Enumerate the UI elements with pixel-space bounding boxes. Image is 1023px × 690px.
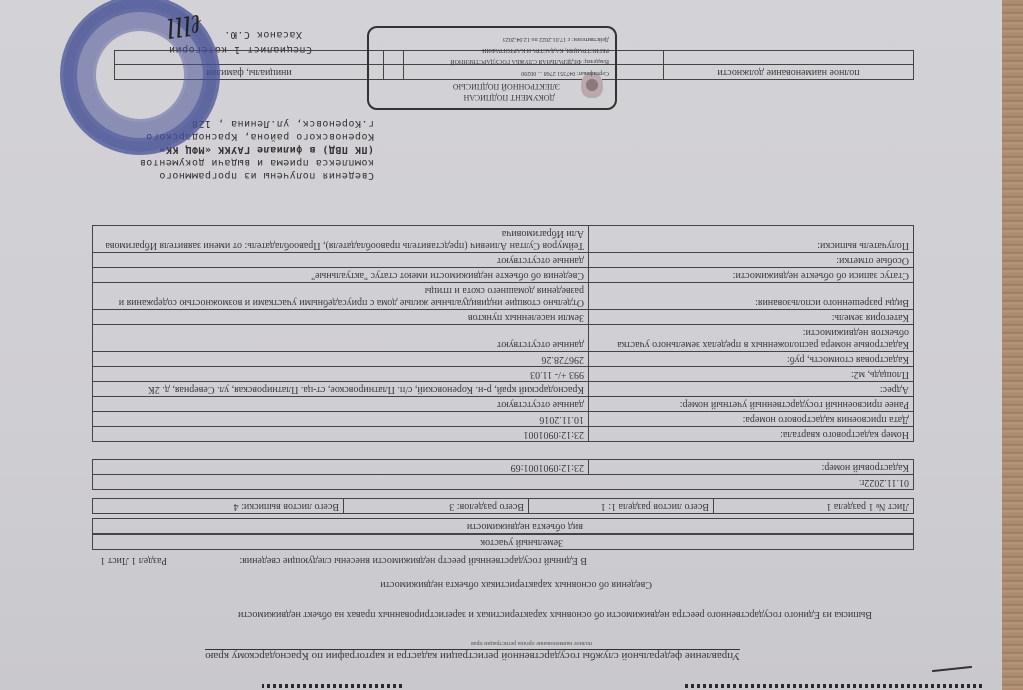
section-sheet-label: Раздел 1 Лист 1 [100, 555, 167, 566]
row-label: Статус записи об объекте недвижимости: [589, 268, 914, 283]
position-caption: полное наименование должности [664, 65, 914, 80]
extract-date: 01.11.2022г. [93, 475, 914, 490]
row-value: 23:12:0901001 [93, 427, 589, 442]
table-row: Дата присвоения кадастрового номера:10.1… [93, 412, 914, 427]
sheet-number: Лист № 1 раздела 1 [714, 499, 914, 514]
object-type-value: Земельный участок [480, 537, 563, 548]
e-sign-owner: Владелец: ФЕДЕРАЛЬНАЯ СЛУЖБА ГОСУДАРСТВЕ… [450, 58, 609, 64]
row-value: 296728.26 [93, 352, 589, 367]
table-row: Получатель выписки:Теймуров Султан Алиев… [93, 226, 914, 253]
table-row: Номер кадастрового квартала:23:12:090100… [93, 427, 914, 442]
table-row: Особые отметки:данные отсутствуют [93, 253, 914, 268]
sheets-total: Всего листов выписки: 4 [93, 499, 344, 514]
document-paper: Управление федеральной службы государств… [0, 0, 1002, 690]
sheets-in-section: Всего листов раздела 1: 1 [529, 499, 714, 514]
e-sign-validity: Действителен: с 17.01.2022 по 12.04.2023 [503, 36, 609, 42]
table-row: Кадастровая стоимость, руб:296728.26 [93, 352, 914, 367]
table-row: Ранее присвоенный государственный учетны… [93, 397, 914, 412]
mfc-line-1: Сведения получены из программного [139, 169, 374, 182]
row-label: Ранее присвоенный государственный учетны… [589, 397, 914, 412]
perforation-edge [682, 684, 982, 688]
row-label: Получатель выписки: [589, 226, 914, 253]
document-subtitle: Сведения об основных характеристиках объ… [380, 579, 652, 590]
agency-caption: полное наименование органа регистрации п… [471, 640, 592, 646]
cadastral-number-label: Кадастровый номер: [588, 460, 913, 474]
row-label: Кадастровая стоимость, руб: [589, 352, 914, 367]
row-label: Категория земель: [589, 310, 914, 325]
object-type-box: Земельный участок [92, 534, 914, 550]
specialist-name: Хасанок С.Ю. [224, 29, 302, 40]
agency-name: Управление федеральной службы государств… [205, 649, 740, 662]
row-label: Адрес: [589, 382, 914, 397]
row-value: Теймуров Султан Алиевич (представитель п… [93, 226, 589, 253]
row-value: данные отсутствуют [93, 325, 589, 352]
perforation-edge [262, 684, 402, 688]
row-value: Отдельно стоящие индивидуальные жилые до… [93, 283, 589, 310]
date-table: 01.11.2022г. Кадастровый номер: 23:12:09… [92, 459, 914, 490]
table-row: Статус записи об объекте недвижимости:Св… [93, 268, 914, 283]
object-type-caption: вид объекта недвижимости [467, 521, 583, 532]
row-label: Дата присвоения кадастрового номера: [589, 412, 914, 427]
row-label: Виды разрешенного использования: [589, 283, 914, 310]
table-row: Кадастровые номера расположенных в преде… [93, 325, 914, 352]
sheet-info-table: Лист № 1 раздела 1 Всего листов раздела … [92, 498, 914, 514]
table-row: Площадь, м2:993 +/- 11.03 [93, 367, 914, 382]
row-value: 10.11.2016 [93, 412, 589, 427]
table-row: Адрес:Краснодарский край, р-н. Кореновск… [93, 382, 914, 397]
cadastral-number-value: 23:12:0901001:69 [507, 460, 588, 474]
row-value: Краснодарский край, р-н. Кореновский, с/… [93, 382, 589, 397]
e-sign-certificate: Сертификат: 047351 2768 ... 00290 [521, 70, 609, 76]
handwritten-signature: ℓlll [164, 8, 204, 43]
row-value: данные отсутствуют [93, 397, 589, 412]
row-label: Площадь, м2: [589, 367, 914, 382]
table-row: Виды разрешенного использования:Отдельно… [93, 283, 914, 310]
table-row: Категория земель:Земли населенных пункто… [93, 310, 914, 325]
sections-total: Всего разделов: 3 [344, 499, 529, 514]
row-label: Особые отметки: [589, 253, 914, 268]
row-value: Сведения об объекте недвижимости имеют с… [93, 268, 589, 283]
e-signature-box: ДОКУМЕНТ ПОДПИСАН ЭЛЕКТРОННОЙ ПОДПИСЬЮ С… [367, 26, 617, 110]
e-sign-title-2: ЭЛЕКТРОННОЙ ПОДПИСЬЮ [453, 82, 560, 91]
row-value: Земли населенных пунктов [93, 310, 589, 325]
characteristics-table: Номер кадастрового квартала:23:12:090100… [92, 225, 914, 442]
row-value: данные отсутствуют [93, 253, 589, 268]
row-value: 993 +/- 11.03 [93, 367, 589, 382]
object-caption-box: вид объекта недвижимости [92, 518, 914, 534]
e-sign-title: ДОКУМЕНТ ПОДПИСАН [464, 93, 555, 102]
mfc-line-2: комплекса приема и выдачи документов [139, 156, 374, 169]
row-label: Кадастровые номера расположенных в преде… [589, 325, 914, 352]
document-title: Выписка из Единого государственного реес… [238, 609, 872, 620]
intro-text: В Единый государственный реестр недвижим… [239, 555, 587, 566]
row-label: Номер кадастрового квартала: [589, 427, 914, 442]
e-sign-owner-2: РЕГИСТРАЦИИ, КАДАСТРА И КАРТОГРАФИИ [482, 47, 609, 53]
pen-mark [932, 666, 972, 672]
